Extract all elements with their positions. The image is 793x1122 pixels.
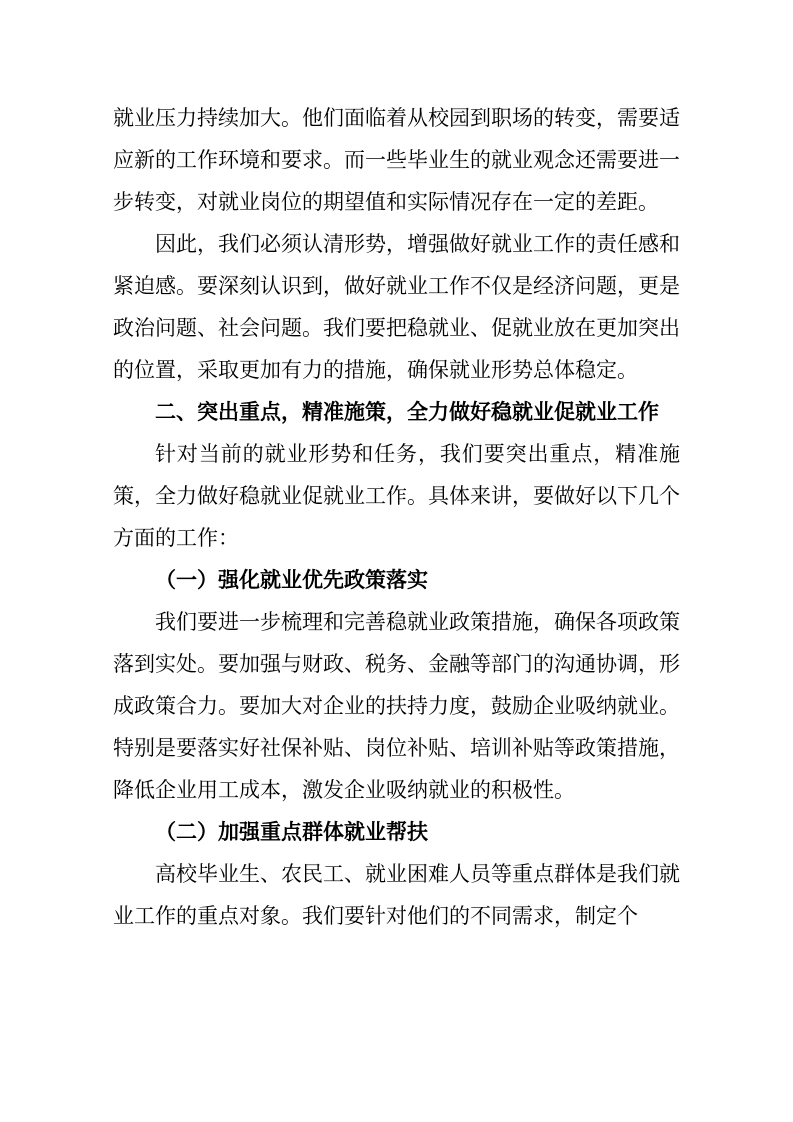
document-page: 就业压力持续加大。他们面临着从校园到职场的转变，需要适应新的工作环境和要求。而一… [0, 0, 793, 1122]
sub-heading: （一）强化就业优先政策落实 [113, 559, 680, 601]
body-paragraph: 因此，我们必须认清形势，增强做好就业工作的责任感和紧迫感。要深刻认识到，做好就业… [113, 223, 680, 391]
body-paragraph: 我们要进一步梳理和完善稳就业政策措施，确保各项政策落到实处。要加强与财政、税务、… [113, 601, 680, 811]
body-paragraph: 针对当前的就业形势和任务，我们要突出重点，精准施策，全力做好稳就业促就业工作。具… [113, 433, 680, 559]
sub-heading: （二）加强重点群体就业帮扶 [113, 811, 680, 853]
body-paragraph-cut-off: 高校毕业生、农民工、就业困难人员等重点群体是我们就业工作的重点对象。我们要针对他… [113, 853, 680, 937]
section-heading: 二、突出重点，精准施策，全力做好稳就业促就业工作 [113, 391, 680, 433]
body-paragraph-continuation: 就业压力持续加大。他们面临着从校园到职场的转变，需要适应新的工作环境和要求。而一… [113, 97, 680, 223]
